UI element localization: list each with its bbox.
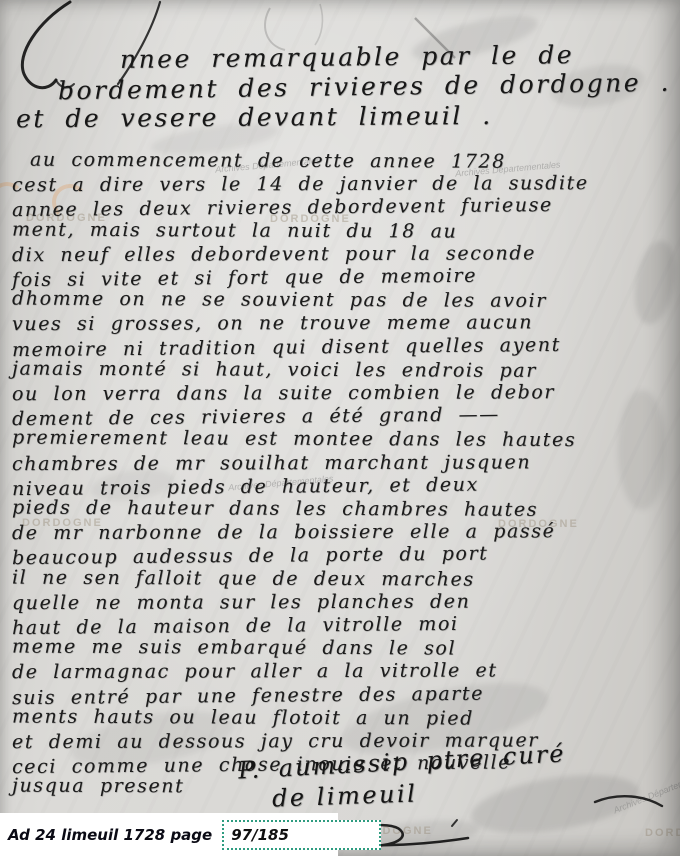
- document-reference-label: Ad 24 limeuil 1728 page: [8, 826, 212, 844]
- watermark-dordogne: DORDOGNE: [645, 827, 680, 839]
- manuscript-heading: nnee remarquable par le de bordement des…: [12, 42, 671, 132]
- manuscript-line: jamais monté si haut, voici les endrois …: [12, 357, 672, 383]
- scanned-manuscript-page: Archives Départementales Archives Départ…: [0, 0, 680, 856]
- manuscript-line: dhomme on ne se souvient pas de les avoi…: [12, 288, 672, 314]
- manuscript-line: et de vesere devant limeuil .: [16, 100, 671, 135]
- manuscript-line: ments hauts ou leau flotoit a un pied: [12, 705, 672, 731]
- manuscript-line: pieds de hauteur dans les chambres haute…: [12, 497, 672, 523]
- manuscript-line: meme me suis embarqué dans le sol: [12, 636, 672, 662]
- manuscript-body: au commencement de cette annee 1728 cest…: [12, 150, 672, 800]
- manuscript-line: au commencement de cette annee 1728: [12, 149, 672, 175]
- footer-bar: Ad 24 limeuil 1728 page: [0, 813, 338, 856]
- page-number-input[interactable]: [222, 820, 381, 850]
- manuscript-line: il ne sen falloit que de deux marches: [12, 566, 672, 592]
- signature-place: de limeuil: [272, 779, 418, 812]
- manuscript-line: ment, mais surtout la nuit du 18 au: [12, 218, 672, 244]
- manuscript-line: premierement leau est montee dans les ha…: [12, 427, 672, 453]
